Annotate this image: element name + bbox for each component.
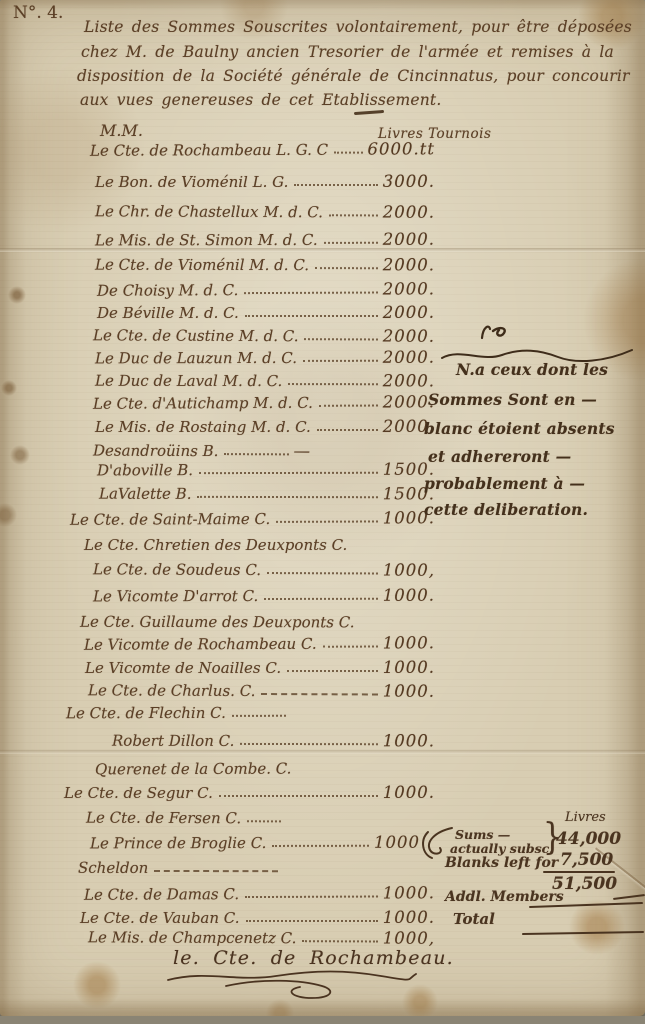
entry-name: Le Duc de Lauzun M. d. C. (95, 348, 297, 368)
dotted-leader (303, 358, 378, 362)
entry-row: Le Chr. de Chastellux M. d. C.2000. (95, 201, 435, 222)
dotted-leader (294, 182, 377, 186)
dotted-leader (272, 843, 369, 847)
sums-label-line1: Sums — (455, 827, 510, 842)
entry-name: Le Cte. de Rochambeau L. G. C (90, 140, 328, 161)
entry-amount: 1000. (383, 682, 435, 702)
entry-amount: 2000. (383, 202, 435, 222)
entry-amount: 1000. (383, 731, 435, 751)
dotted-leader (247, 818, 281, 822)
entry-row: Le Duc de Lauzun M. d. C.2000. (95, 348, 435, 369)
entry-name: D'aboville B. (97, 460, 193, 480)
entry-amount: 2000. (383, 255, 435, 275)
dotted-leader (240, 741, 377, 745)
entry-name: Le Bon. de Vioménil L. G. (95, 172, 288, 192)
dotted-leader (323, 644, 378, 648)
dotted-leader (264, 596, 377, 600)
dotted-leader (304, 336, 377, 340)
entry-name: Le Mis. de Rostaing M. d. C. (95, 417, 311, 437)
entry-row: Scheldon (78, 858, 283, 878)
entry-row: Le Cte. de Flechin C. (66, 703, 291, 723)
entry-row: De Béville M. d. C.2000. (97, 303, 435, 323)
entry-name: Le Cte. Guillaume des Deuxponts C. (80, 612, 355, 633)
entry-row: Le Cte. de Saint-Maime C.1000. (70, 508, 435, 530)
marginal-paraph-icon (474, 320, 514, 342)
dotted-leader (334, 150, 362, 154)
margin-note-line: Sommes Sont en — (428, 390, 597, 409)
photo-background-strip (0, 1016, 645, 1024)
paraph-icon (222, 976, 342, 1004)
entry-name: Le Cte. de Vioménil M. d. C. (95, 255, 309, 275)
margin-note-line: et adhereront — (428, 447, 571, 466)
dotted-leader (245, 894, 378, 899)
margin-note-line: probablement à — (424, 474, 585, 493)
entry-name: Le Cte. de Flechin C. (66, 703, 226, 723)
entry-amount: 1000. (383, 633, 435, 653)
entry-name: Le Cte. de Segur C. (64, 783, 213, 803)
entry-name: Scheldon (78, 858, 148, 878)
total-label: Total (453, 910, 495, 928)
dotted-leader (315, 265, 378, 269)
entry-name: De Choisy M. d. C. (97, 280, 238, 301)
column-header-names: M.M. (100, 121, 143, 140)
entry-name: Le Cte. de Damas C. (84, 884, 239, 905)
sums-label-line2: actually subsc. (450, 841, 554, 856)
dotted-leader (199, 470, 378, 474)
entry-name: Le Chr. de Chastellux M. d. C. (95, 201, 323, 222)
dotted-leader (219, 793, 378, 797)
entry-row: Le Prince de Broglie C.1000 (90, 833, 420, 854)
entry-name: Le Cte. Chretien des Deuxponts C. (84, 535, 347, 555)
entry-amount: 2000. (383, 303, 435, 323)
entry-amount: 1000. (383, 586, 435, 606)
entry-name: Querenet de la Combe. C. (95, 759, 292, 780)
title-line: chez M. de Baulny ancien Tresorier de l'… (81, 43, 614, 61)
margin-note-line: blanc étoient absents (424, 419, 615, 438)
dotted-leader (232, 713, 286, 717)
title-line: aux vues genereuses de cet Etablissement… (80, 91, 441, 109)
entry-amount: 6000.tt (367, 139, 435, 159)
entry-row: Le Mis. de Champcenetz C.1000, (88, 927, 435, 948)
dotted-leader (267, 570, 378, 574)
entry-amount: 2000. (383, 279, 435, 299)
entry-name: Le Mis. de St. Simon M. d. C. (95, 230, 318, 250)
dotted-leader (261, 691, 377, 695)
entry-row: LaValette B.1500. (99, 484, 435, 505)
entry-row: Desandroüins B.— (93, 441, 311, 462)
manuscript-page: N°. 4. Liste des Sommes Souscrites volon… (0, 0, 645, 1024)
dotted-leader (319, 403, 378, 407)
entry-amount: 1000. (383, 908, 435, 928)
blanks-value: 7,500 (560, 850, 613, 870)
entry-row: Le Vicomte de Rochambeau C.1000. (84, 633, 435, 654)
entry-row: Le Cte. Chretien des Deuxponts C. (84, 535, 329, 555)
title-line: disposition de la Société générale de Ci… (77, 67, 630, 85)
entry-name: Desandroüins B. (93, 441, 218, 462)
dotted-leader (276, 518, 378, 522)
entry-amount: 1000, (383, 560, 435, 580)
entry-amount: 2000. (383, 371, 435, 391)
entry-row: Le Cte. de Rochambeau L. G. C6000.tt (90, 139, 435, 160)
entry-row: Le Cte. de Vioménil M. d. C.2000. (95, 255, 435, 276)
entry-amount: 1000. (383, 783, 435, 803)
title-line: Liste des Sommes Souscrites volontaireme… (84, 18, 632, 36)
dotted-leader (154, 868, 278, 872)
blanks-label: Blanks left for (445, 855, 558, 871)
entry-amount: 2000. (383, 230, 435, 250)
sum-rule (543, 871, 615, 873)
entry-amount: 1000. (383, 883, 435, 903)
dotted-leader (329, 212, 378, 216)
entry-name: LaValette B. (99, 484, 192, 504)
entry-row: Le Vicomte D'arrot C.1000. (93, 586, 435, 607)
entry-name: Le Cte. de Vauban C. (80, 908, 240, 928)
entry-name: Le Vicomte D'arrot C. (93, 586, 258, 606)
entry-name: Le Mis. de Champcenetz C. (88, 927, 296, 948)
additional-members-label: Addl. Members (445, 889, 564, 905)
dotted-leader (302, 938, 377, 942)
entry-row: D'aboville B.1500. (97, 460, 435, 481)
currency-label: Livres (565, 810, 606, 825)
entry-row: Le Cte. de Custine M. d. C.2000. (93, 325, 435, 346)
dotted-leader (317, 427, 378, 431)
entry-row: Le Mis. de Rostaing M. d. C.2000. (95, 417, 435, 437)
entry-name: Le Duc de Laval M. d. C. (95, 371, 282, 391)
entry-amount: — (293, 441, 311, 461)
entry-row: Le Cte. de Fersen C. (86, 808, 286, 829)
entry-name: Le Vicomte de Rochambeau C. (84, 634, 317, 655)
entry-row: Le Cte. Guillaume des Deuxponts C. (80, 612, 335, 633)
entry-amount: 1000, (383, 929, 435, 949)
entry-amount: 1000 (374, 833, 420, 853)
entry-row: Querenet de la Combe. C. (95, 759, 265, 780)
entry-name: Le Cte. de Charlus. C. (88, 680, 256, 701)
dotted-leader (288, 381, 377, 385)
entry-row: Le Cte. de Segur C.1000. (64, 783, 435, 803)
entry-name: Le Cte. de Fersen C. (86, 808, 241, 829)
sums-subscribed-value: 44,000 (556, 829, 621, 849)
entry-amount: 2000. (383, 326, 435, 346)
entry-name: Le Cte. d'Autichamp M. d. C. (93, 393, 313, 414)
entry-row: Le Mis. de St. Simon M. d. C.2000. (95, 230, 435, 251)
entry-name: Le Cte. de Soudeus C. (93, 559, 261, 580)
margin-note-line: N.a ceux dont les (456, 360, 608, 379)
dotted-leader (287, 668, 378, 672)
dotted-leader (197, 494, 377, 498)
entry-name: Robert Dillon C. (112, 731, 234, 751)
entry-row: Le Cte. de Vauban C.1000. (80, 908, 435, 928)
entry-amount: 1000. (383, 658, 435, 678)
entry-row: Le Cte. d'Autichamp M. d. C.2000. (93, 392, 435, 413)
doc-number: N°. 4. (13, 3, 63, 23)
entry-row: Le Cte. de Charlus. C.1000. (88, 680, 435, 701)
dotted-leader (245, 313, 378, 317)
entry-name: De Béville M. d. C. (97, 303, 239, 323)
entry-amount: 3000. (383, 172, 435, 192)
dotted-leader (324, 240, 378, 244)
dotted-leader (244, 290, 377, 295)
entry-row: Le Bon. de Vioménil L. G.3000. (95, 172, 435, 192)
entry-name: Le Cte. de Custine M. d. C. (93, 325, 299, 346)
entry-name: Le Prince de Broglie C. (90, 833, 266, 853)
entry-name: Le Vicomte de Noailles C. (85, 658, 281, 678)
margin-note-line: cette deliberation. (424, 500, 588, 519)
dotted-leader (224, 451, 288, 455)
entry-row: Le Cte. de Soudeus C.1000, (93, 559, 435, 580)
entry-row: Le Vicomte de Noailles C.1000. (85, 658, 435, 678)
entry-amount: 2000. (383, 348, 435, 368)
entry-row: Le Duc de Laval M. d. C.2000. (95, 371, 435, 392)
entry-row: Robert Dillon C.1000. (112, 731, 435, 752)
entry-name: Le Cte. de Saint-Maime C. (70, 509, 270, 530)
entry-row: Le Cte. de Damas C.1000. (84, 883, 435, 904)
entry-row: De Choisy M. d. C.2000. (97, 279, 435, 300)
dotted-leader (246, 918, 378, 922)
